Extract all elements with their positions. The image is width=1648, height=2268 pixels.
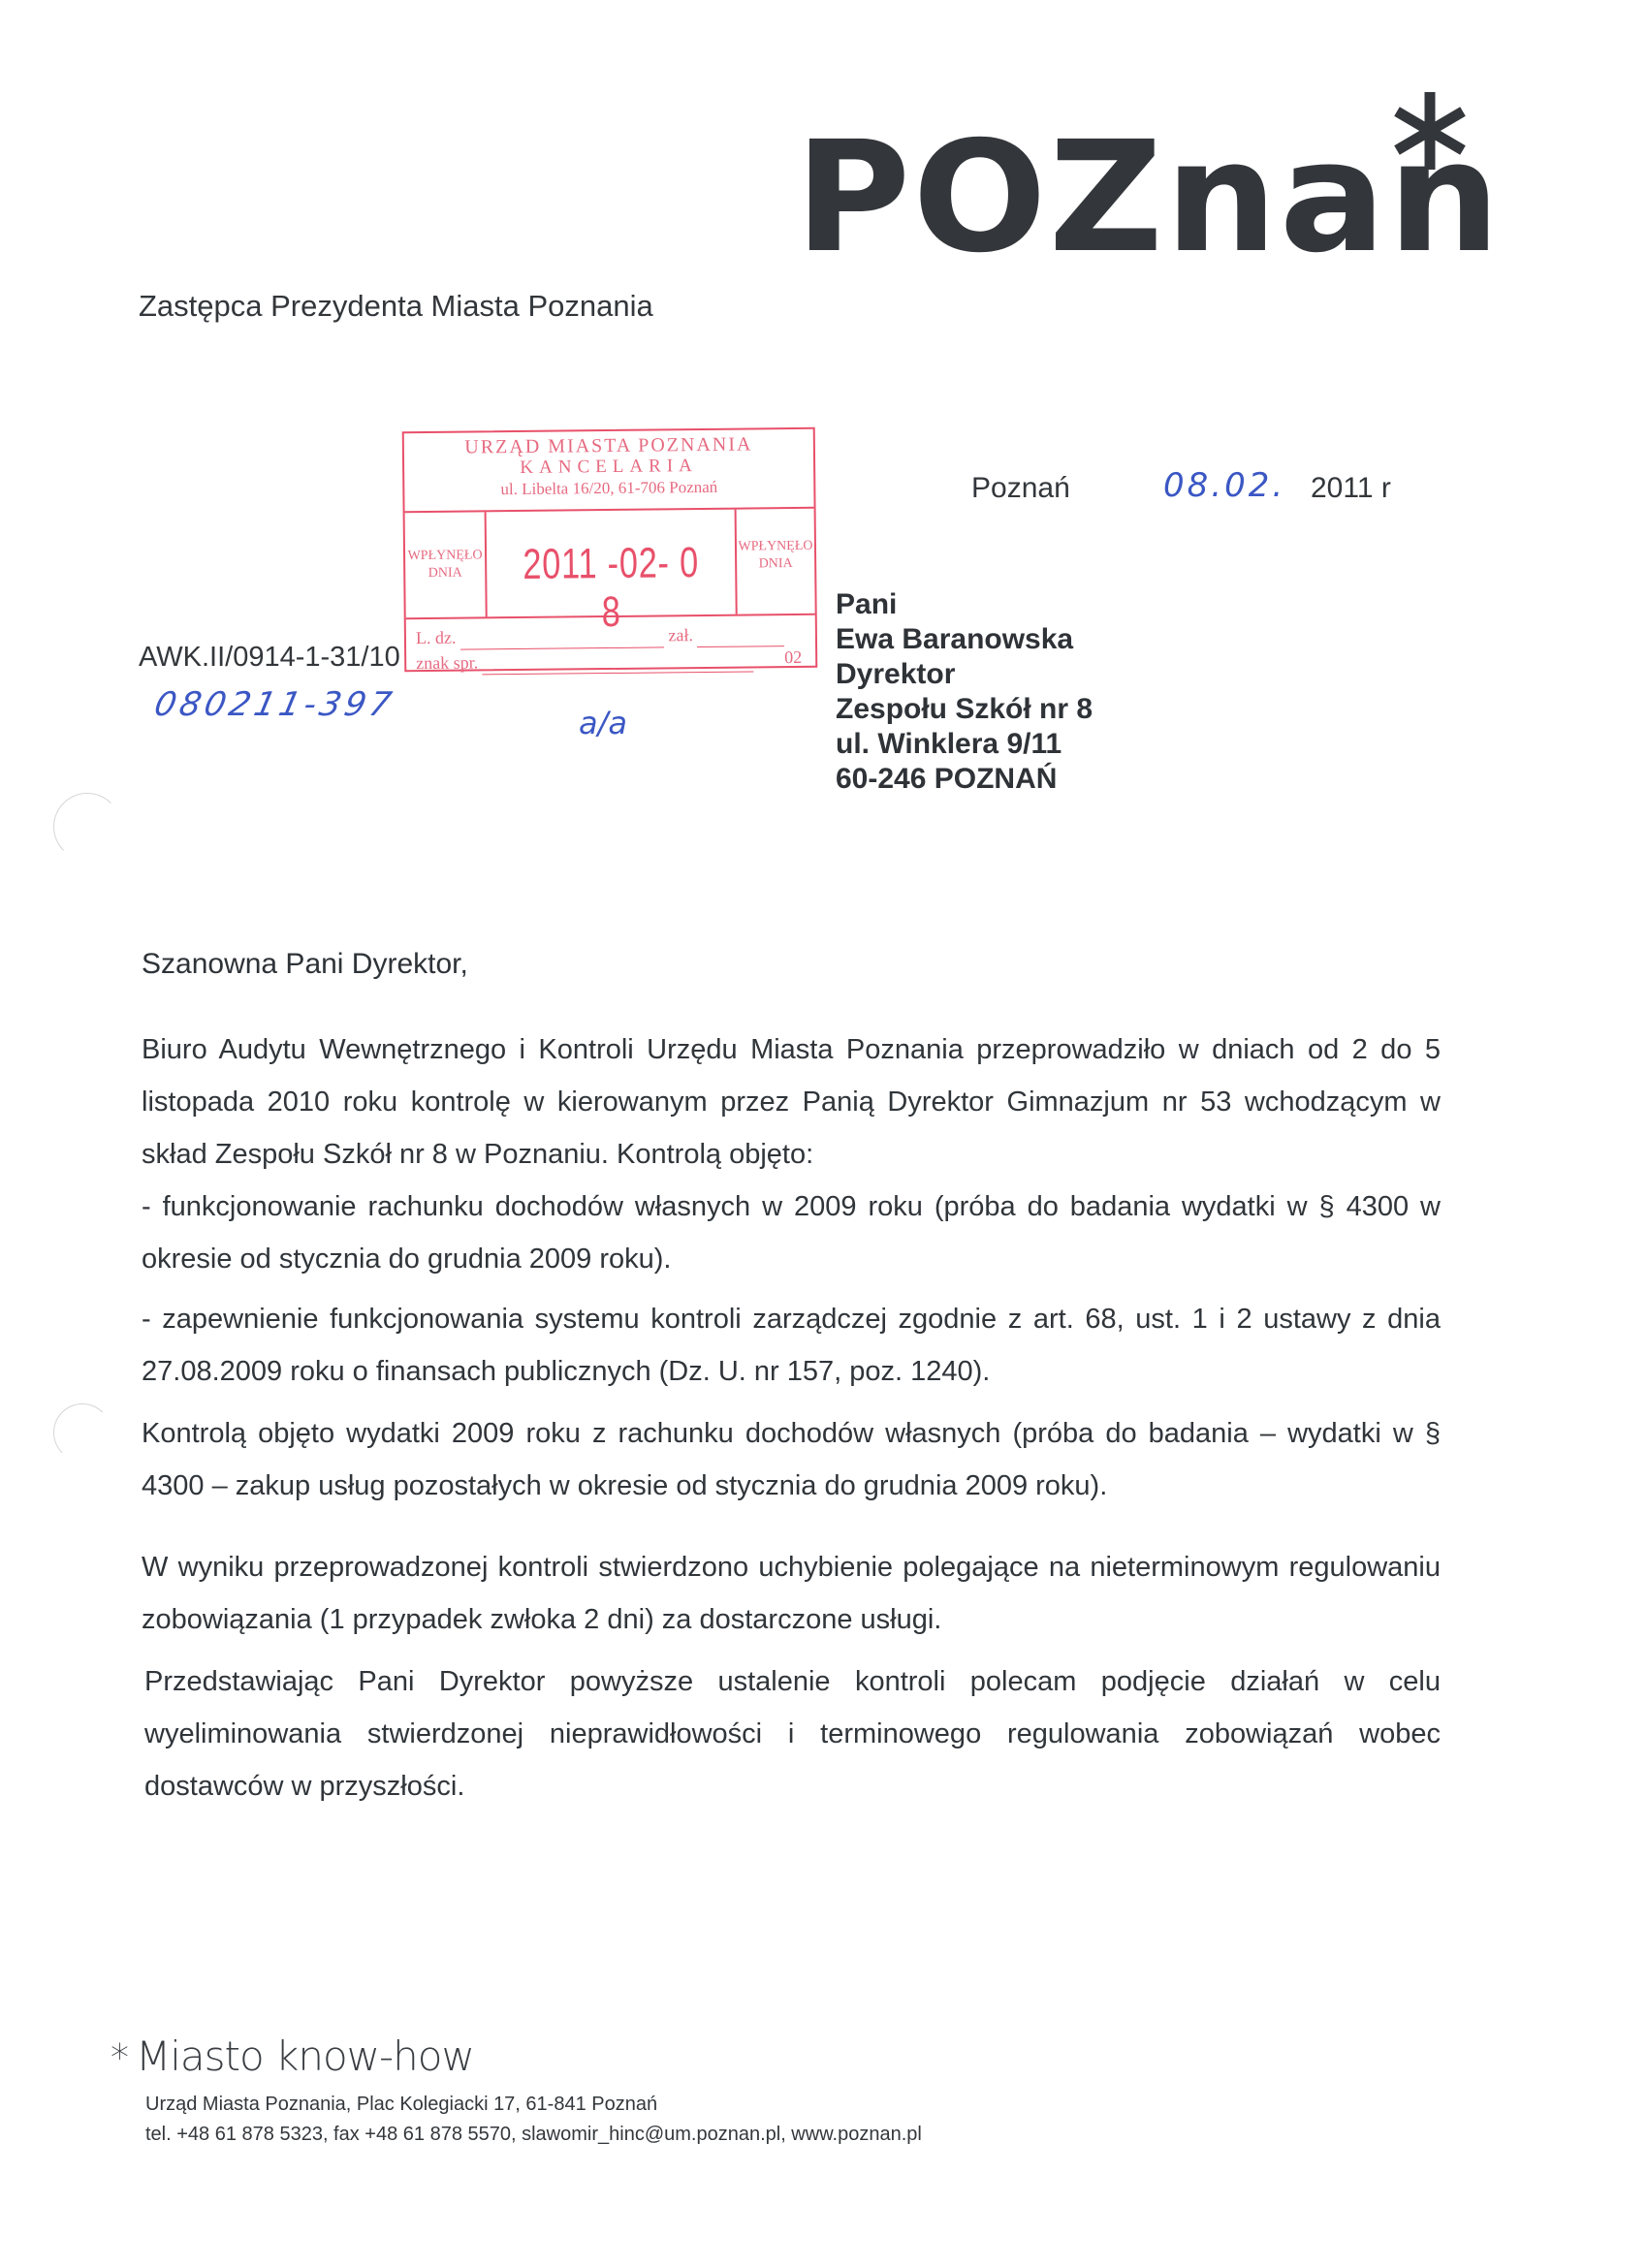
stamp-received-label-right: WPŁYNĘŁO DNIA <box>735 509 815 614</box>
footer-contact: tel. +48 61 878 5323, fax +48 61 878 557… <box>145 2120 922 2150</box>
stamp-received-label-left: WPŁYNĘŁO DNIA <box>405 512 488 617</box>
stamp-office: URZĄD MIASTA POZNANIA <box>404 433 813 458</box>
registry-stamp: URZĄD MIASTA POZNANIA KANCELARIA ul. Lib… <box>402 427 818 672</box>
stamp-ldz-label: L. dz. <box>416 628 457 647</box>
paragraph: - funkcjonowanie rachunku dochodów własn… <box>142 1181 1441 1285</box>
recipient-name: Ewa Baranowska <box>836 622 1093 657</box>
reference-number: AWK.II/0914-1-31/10 <box>139 642 400 674</box>
dateline-year: 2011 r <box>1311 472 1391 505</box>
paragraph: W wyniku przeprowadzonej kontroli stwier… <box>142 1541 1441 1646</box>
scan-artifact <box>53 1403 111 1462</box>
paragraph: Kontrolą objęto wydatki 2009 roku z rach… <box>142 1407 1441 1512</box>
footer-tagline: *Miasto know-how <box>111 2032 922 2080</box>
stamp-znak-label: znak spr. <box>416 652 478 673</box>
recipient-address: Pani Ewa Baranowska Dyrektor Zespołu Szk… <box>836 587 1093 797</box>
letter-body: Biuro Audytu Wewnętrznego i Kontroli Urz… <box>142 1024 1441 1812</box>
tagline-text: Miasto know-how <box>136 2032 474 2080</box>
recipient-line: Pani <box>836 587 1093 622</box>
paragraph: - zapewnienie funkcjonowania systemu kon… <box>142 1293 1441 1398</box>
footer-address: Urząd Miasta Poznania, Plac Kolegiacki 1… <box>145 2090 922 2120</box>
recipient-line: Dyrektor <box>836 657 1093 692</box>
asterisk-icon: * <box>111 2036 128 2079</box>
stamp-znak-suffix: 02 <box>784 645 802 670</box>
footer: *Miasto know-how Urząd Miasta Poznania, … <box>111 2032 922 2150</box>
paragraph: Biuro Audytu Wewnętrznego i Kontroli Urz… <box>142 1024 1441 1181</box>
recipient-line: 60-246 POZNAŃ <box>836 762 1093 797</box>
handwritten-date: 08.02. <box>1163 466 1285 505</box>
paragraph: Przedstawiając Pani Dyrektor powyższe us… <box>142 1655 1441 1812</box>
handwritten-registry-number: 080211-397 <box>151 685 398 724</box>
dateline-place: Poznań <box>971 472 1070 505</box>
scan-artifact <box>53 793 121 861</box>
stamp-address: ul. Libelta 16/20, 61-706 Poznań <box>404 476 813 501</box>
salutation: Szanowna Pani Dyrektor, <box>142 948 468 981</box>
asterisk-icon <box>1391 92 1469 170</box>
poznan-logo: POZnan <box>795 92 1464 286</box>
recipient-line: Zespołu Szkół nr 8 <box>836 692 1093 727</box>
recipient-line: ul. Winklera 9/11 <box>836 727 1093 762</box>
stamp-date: 2011 -02- 0 8 <box>514 510 709 616</box>
sender-title: Zastępca Prezydenta Miasta Poznania <box>139 289 653 324</box>
handwritten-initials: a/a <box>579 705 627 741</box>
stamp-zal-label: zał. <box>668 625 693 645</box>
